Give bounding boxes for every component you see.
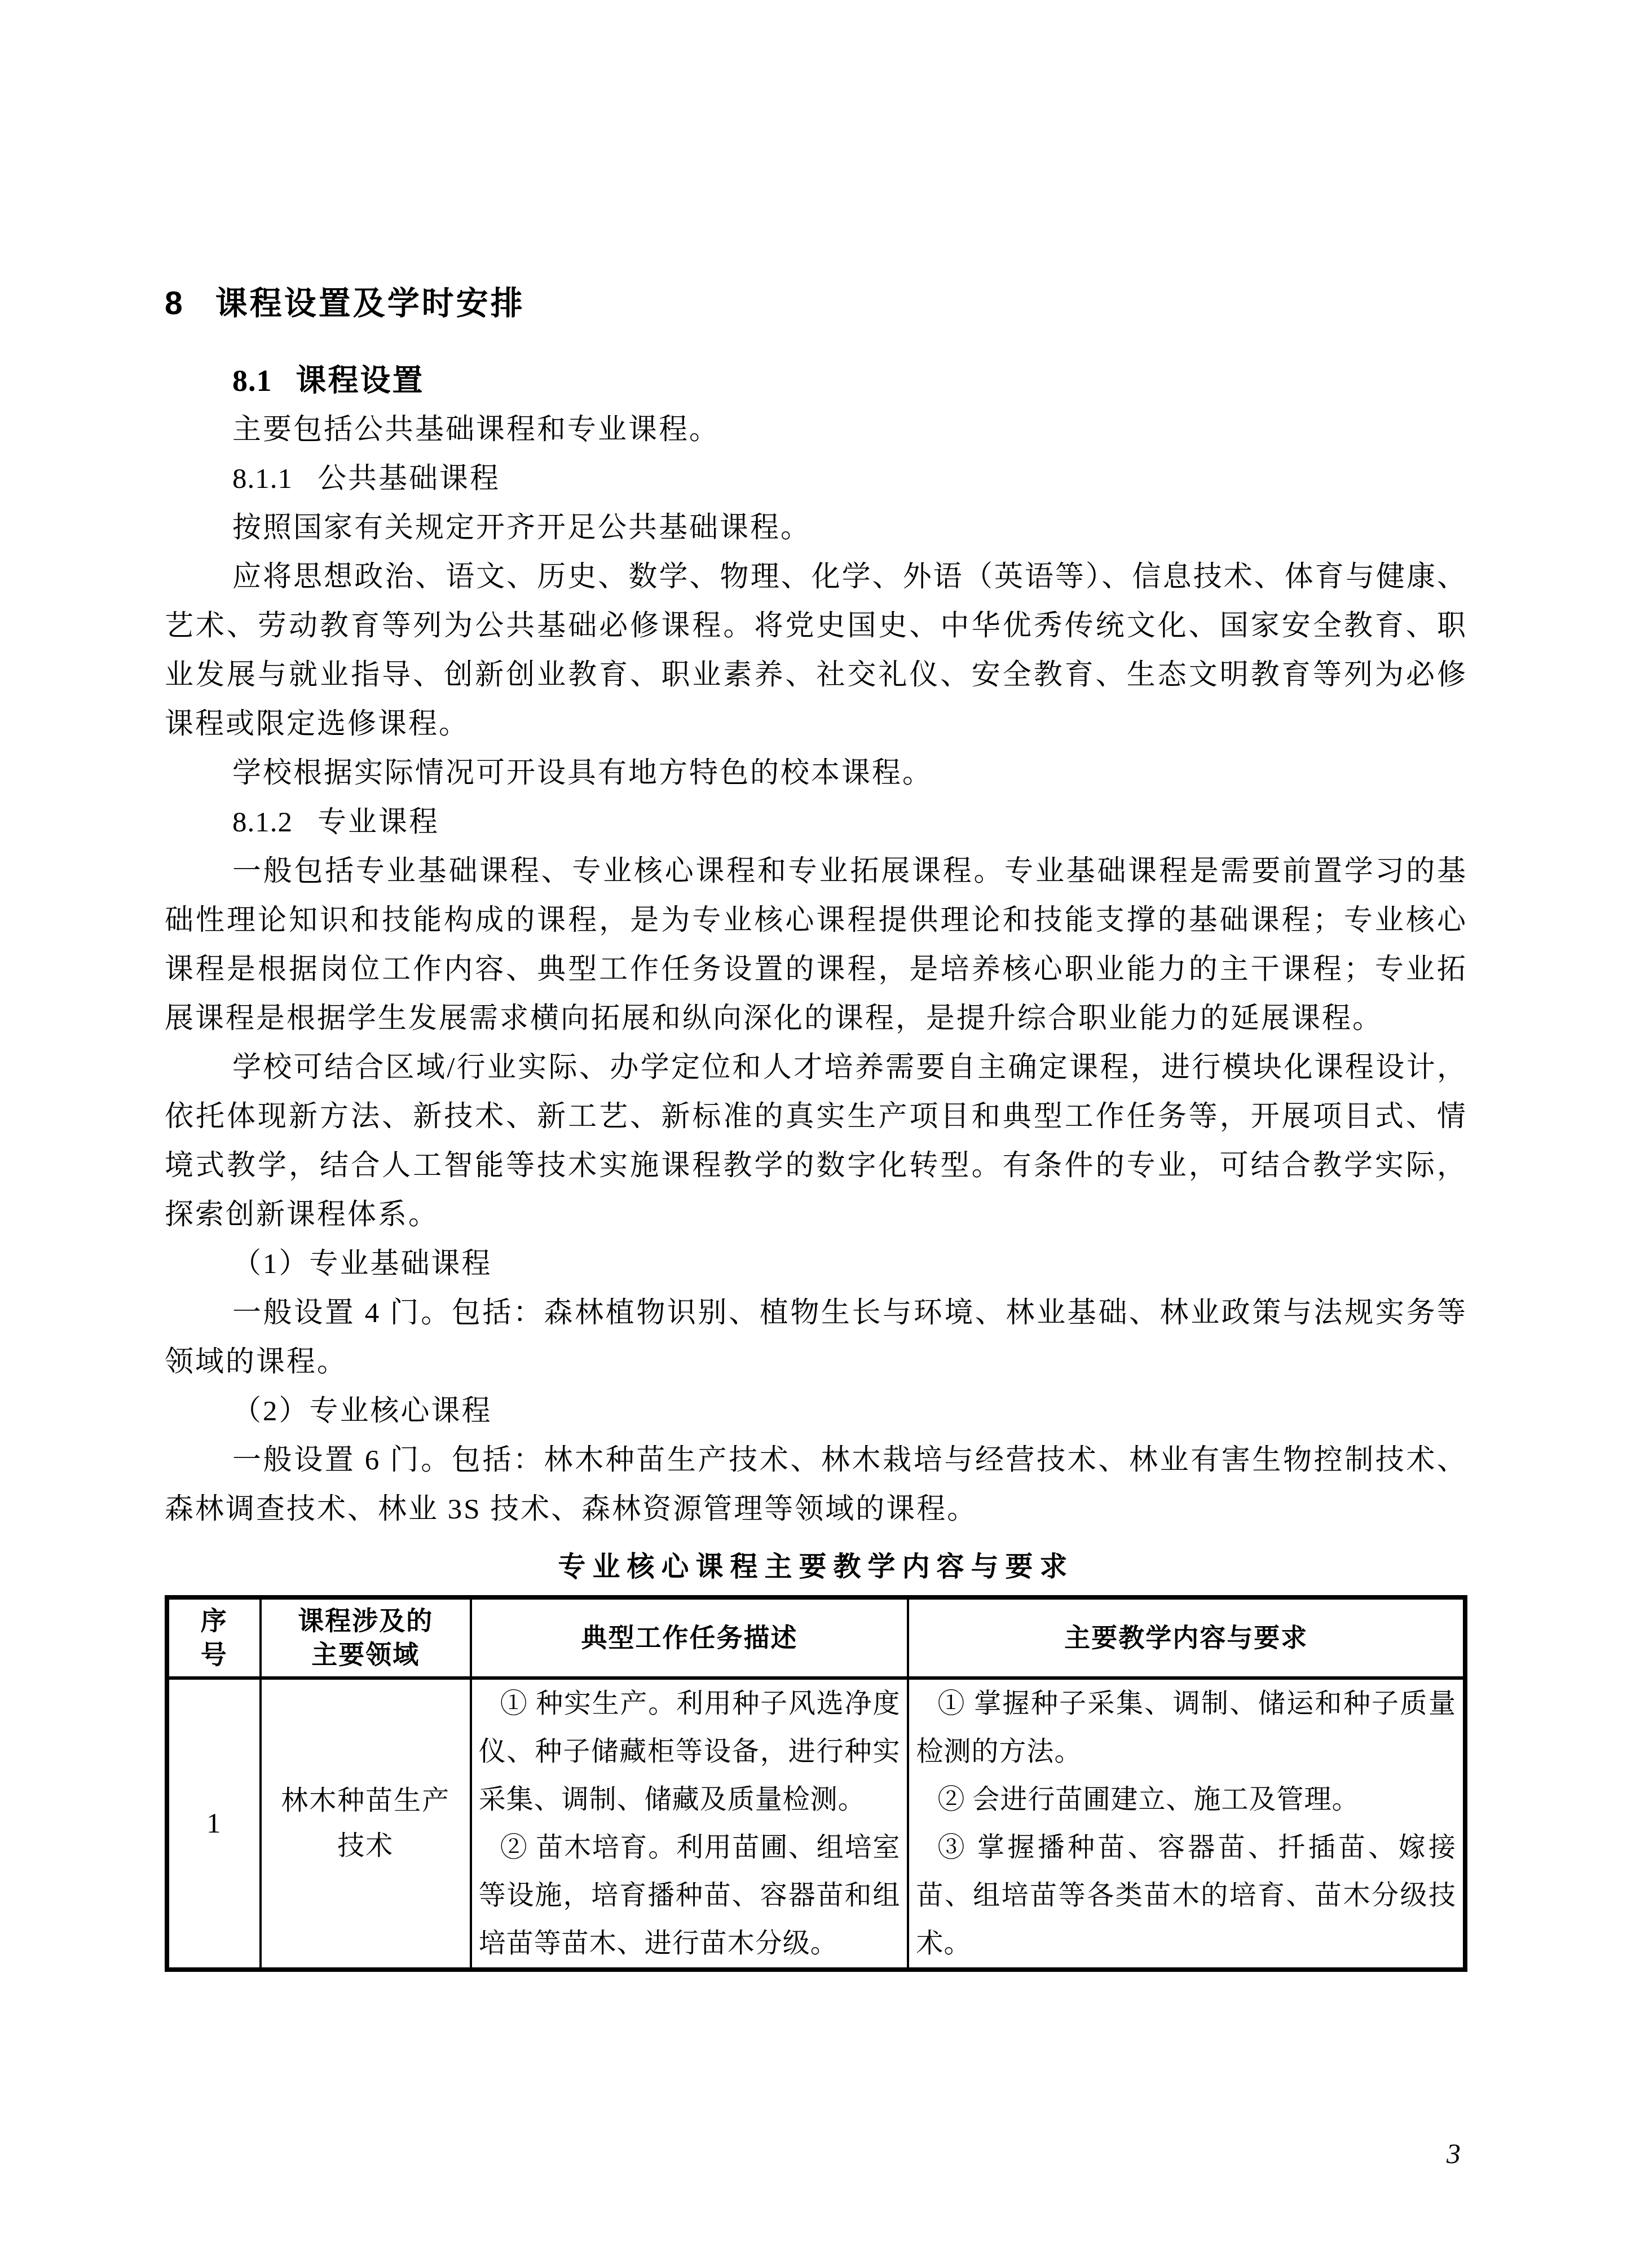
task-item: ② 苗木培育。利用苗圃、组培室等设施，培育播种苗、容器苗和组培苗等苗木、进行苗木… [479, 1824, 901, 1967]
cell-tasks: ① 种实生产。利用种子风选净度仪、种子储藏柜等设备，进行种实采集、调制、储藏及质… [471, 1678, 909, 1970]
subsection-number: 8.1.2 [232, 798, 293, 847]
subsection-title: 专业课程 [318, 807, 439, 838]
list-item-title: （1）专业基础课程 [165, 1240, 1467, 1289]
subsection-heading-8-1-1: 8.1.1公共基础课程 [165, 455, 1467, 504]
subsection-title: 课程设置 [296, 364, 425, 398]
list-item-title: （2）专业核心课程 [165, 1387, 1467, 1436]
paragraph: 学校可结合区域/行业实际、办学定位和人才培养需要自主确定课程，进行模块化课程设计… [165, 1043, 1467, 1240]
subsection-heading-8-1: 8.1课程设置 [165, 356, 1467, 406]
header-requirements: 主要教学内容与要求 [908, 1597, 1465, 1678]
cell-area: 林木种苗生产技术 [261, 1678, 471, 1970]
table-header-row: 序号 课程涉及的主要领域 典型工作任务描述 主要教学内容与要求 [167, 1597, 1465, 1678]
paragraph: 按照国家有关规定开齐开足公共基础课程。 [165, 504, 1467, 553]
requirement-item: ③ 掌握播种苗、容器苗、扦插苗、嫁接苗、组培苗等各类苗木的培育、苗木分级技术。 [916, 1824, 1456, 1967]
subsection-number: 8.1.1 [232, 455, 293, 504]
subsection-title: 公共基础课程 [318, 463, 500, 495]
header-tasks: 典型工作任务描述 [471, 1597, 909, 1678]
header-area: 课程涉及的主要领域 [261, 1597, 471, 1678]
subsection-number: 8.1 [232, 356, 272, 406]
section-number: 8 [165, 278, 183, 329]
core-courses-table: 序号 课程涉及的主要领域 典型工作任务描述 主要教学内容与要求 1 林木种苗生产… [165, 1595, 1467, 1972]
cell-serial: 1 [167, 1678, 261, 1970]
task-item: ① 种实生产。利用种子风选净度仪、种子储藏柜等设备，进行种实采集、调制、储藏及质… [479, 1680, 901, 1824]
paragraph: 一般设置 6 门。包括：林木种苗生产技术、林木栽培与经营技术、林业有害生物控制技… [165, 1436, 1467, 1534]
paragraph: 一般设置 4 门。包括：森林植物识别、植物生长与环境、林业基础、林业政策与法规实… [165, 1289, 1467, 1387]
section-heading: 8课程设置及学时安排 [165, 278, 1467, 329]
subsection-heading-8-1-2: 8.1.2专业课程 [165, 798, 1467, 847]
page-number: 3 [1399, 2137, 1461, 2170]
paragraph: 一般包括专业基础课程、专业核心课程和专业拓展课程。专业基础课程是需要前置学习的基… [165, 847, 1467, 1043]
header-serial: 序号 [167, 1597, 261, 1678]
document-page: { "page": { "number": "3" }, "doc": { "h… [0, 0, 1627, 2268]
page-content: 8课程设置及学时安排 8.1课程设置 主要包括公共基础课程和专业课程。 8.1.… [165, 0, 1467, 1972]
table-title: 专业核心课程主要教学内容与要求 [165, 1542, 1467, 1592]
requirement-item: ② 会进行苗圃建立、施工及管理。 [916, 1776, 1456, 1824]
paragraph: 应将思想政治、语文、历史、数学、物理、化学、外语（英语等）、信息技术、体育与健康… [165, 553, 1467, 749]
paragraph: 主要包括公共基础课程和专业课程。 [165, 406, 1467, 455]
section-title: 课程设置及学时安排 [215, 285, 525, 322]
table-row: 1 林木种苗生产技术 ① 种实生产。利用种子风选净度仪、种子储藏柜等设备，进行种… [167, 1678, 1465, 1970]
cell-requirements: ① 掌握种子采集、调制、储运和种子质量检测的方法。 ② 会进行苗圃建立、施工及管… [908, 1678, 1465, 1970]
paragraph: 学校根据实际情况可开设具有地方特色的校本课程。 [165, 749, 1467, 798]
requirement-item: ① 掌握种子采集、调制、储运和种子质量检测的方法。 [916, 1680, 1456, 1776]
